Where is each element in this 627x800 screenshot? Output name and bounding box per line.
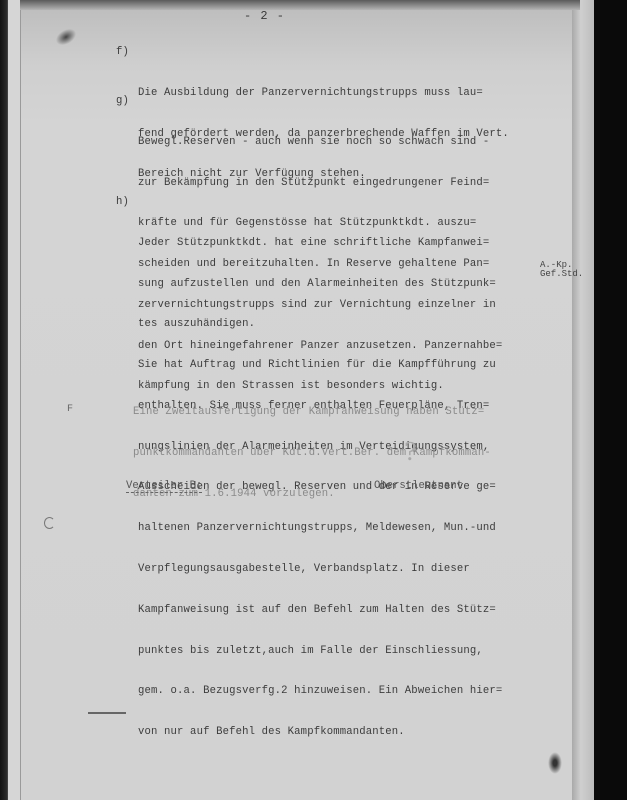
signatory-rank: Oberstleutnant: [374, 480, 463, 492]
punch-hole: [44, 517, 55, 529]
text-line: haltenen Panzervernichtungstrupps, Melde…: [138, 522, 502, 536]
distribution-text: Verteiler B:: [126, 480, 202, 493]
text-line: tes auszuhändigen.: [138, 318, 502, 332]
ink-mark: [88, 712, 126, 714]
text-line: punktkommandanten über Kdt.d.Vert.Ber. d…: [133, 447, 491, 461]
paragraph-closing: Eine Zweitausfertigung der Kampfanweisun…: [133, 379, 491, 515]
corner-stamp: [548, 752, 562, 774]
text-line: gem. o.a. Bezugsverfg.2 hinzuweisen. Ein…: [138, 685, 502, 699]
text-line: sung aufzustellen und den Alarmeinheiten…: [138, 278, 502, 292]
text-line: Kampfanweisung ist auf den Befehl zum Ha…: [138, 604, 502, 618]
paragraph-label: f): [116, 46, 129, 60]
distribution-label: Verteiler B:: [126, 480, 202, 492]
page-number: - 2 -: [244, 9, 285, 23]
text-line: Verpflegungsausgabestelle, Verbandsplatz…: [138, 563, 502, 577]
text-line: Sie hat Auftrag und Richtlinien für die …: [138, 359, 502, 373]
margin-note: A.-Kp. Gef.Std.: [540, 261, 583, 279]
text-line: von nur auf Befehl des Kampfkommandanten…: [138, 726, 502, 740]
text-line: Bewegl.Reserven - auch wenn sie noch so …: [138, 136, 502, 150]
paragraph-label: g): [116, 95, 129, 109]
text-line: punktes bis zuletzt,auch im Falle der Ei…: [138, 645, 502, 659]
paragraph-label: h): [116, 196, 129, 210]
scan-shadow: [20, 0, 580, 10]
page-edge: [572, 0, 594, 800]
text-line: Eine Zweitausfertigung der Kampfanweisun…: [133, 406, 491, 420]
text-line: zur Bekämpfung in den Stützpunkt eingedr…: [138, 177, 502, 191]
signature-mark: ?: [404, 438, 417, 466]
margin-mark: F: [67, 404, 73, 415]
text-line: Jeder Stützpunktkdt. hat eine schriftlic…: [138, 237, 502, 251]
